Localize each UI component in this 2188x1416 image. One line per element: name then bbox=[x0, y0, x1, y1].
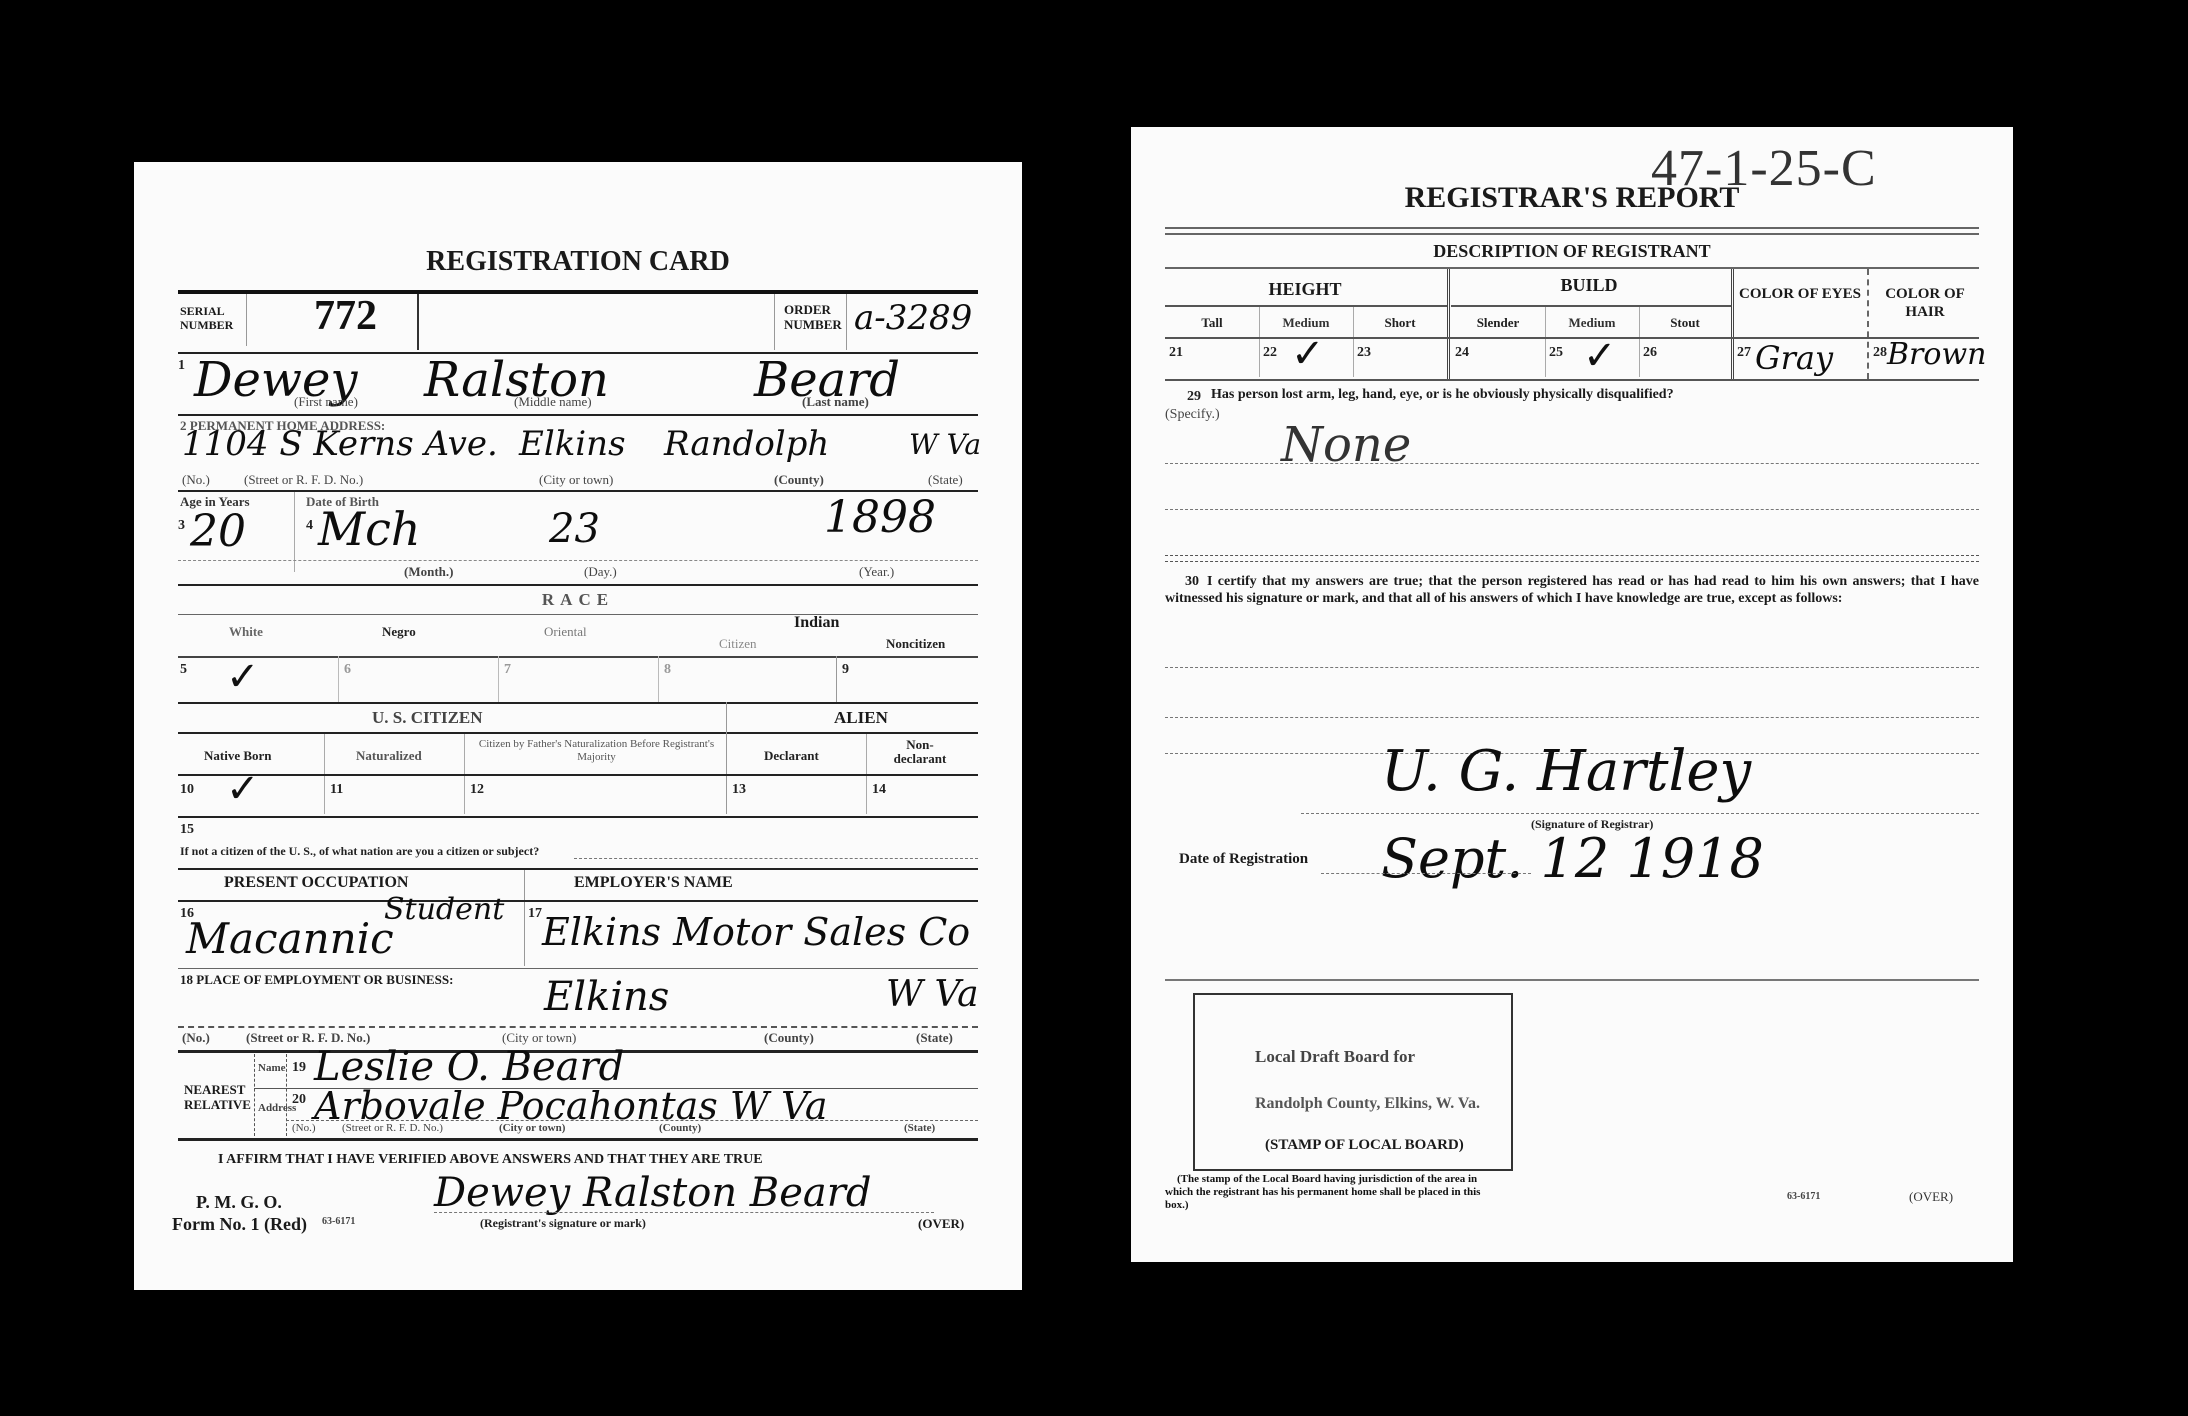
alien-col-declarant: Declarant bbox=[764, 748, 819, 764]
divider bbox=[254, 1054, 255, 1136]
dotted-line bbox=[1165, 667, 1979, 668]
occupation-value: Macannic bbox=[186, 914, 394, 963]
divider bbox=[498, 656, 499, 702]
eyes-title: COLOR OF EYES bbox=[1735, 285, 1865, 303]
rule bbox=[1165, 379, 1979, 381]
race-col-negro: Negro bbox=[382, 624, 416, 640]
field-number: 27 bbox=[1737, 345, 1751, 361]
address-label-street: (Street or R. F. D. No.) bbox=[244, 472, 363, 488]
divider bbox=[338, 656, 339, 702]
dotted-line bbox=[286, 1120, 978, 1121]
dotted-line bbox=[178, 1026, 978, 1028]
address-label-no: (No.) bbox=[182, 472, 210, 488]
citizen-col-naturalized: Naturalized bbox=[356, 748, 422, 764]
field-number: 22 bbox=[1263, 345, 1277, 361]
serial-number: 772 bbox=[314, 292, 377, 340]
race-col-white: White bbox=[229, 624, 263, 640]
address-city: Elkins bbox=[519, 424, 626, 464]
stamp-label: (STAMP OF LOCAL BOARD) bbox=[1265, 1137, 1464, 1154]
relative-label-no: (No.) bbox=[292, 1122, 316, 1134]
age-value: 20 bbox=[190, 506, 246, 557]
race-col-oriental: Oriental bbox=[544, 624, 587, 640]
dotted-line bbox=[178, 560, 978, 561]
birth-month-label: (Month.) bbox=[404, 564, 453, 580]
race-white-check: ✓ bbox=[226, 654, 260, 700]
divider bbox=[726, 702, 727, 814]
last-name-label: (Last name) bbox=[802, 394, 869, 410]
height-col-medium: Medium bbox=[1259, 315, 1353, 331]
registrant-signature: Dewey Ralston Beard bbox=[434, 1170, 871, 1216]
over-label: (OVER) bbox=[1909, 1189, 1953, 1205]
first-name-label: (First name) bbox=[294, 394, 358, 410]
divider bbox=[1731, 269, 1734, 379]
field-number: 19 bbox=[292, 1060, 306, 1076]
birth-day-label: (Day.) bbox=[584, 564, 617, 580]
field-number: 25 bbox=[1549, 345, 1563, 361]
rule bbox=[178, 968, 978, 969]
question-30-body: I certify that my answers are true; that… bbox=[1165, 574, 1979, 606]
field-number: 6 bbox=[344, 662, 351, 678]
field-number: 13 bbox=[732, 782, 746, 798]
race-title: RACE bbox=[134, 590, 1022, 610]
rule bbox=[178, 614, 978, 615]
divider bbox=[417, 294, 419, 350]
form-code: 63-6171 bbox=[1787, 1191, 1820, 1202]
race-col-noncitizen: Noncitizen bbox=[886, 636, 945, 652]
registrar-signature: U. G. Hartley bbox=[1381, 739, 1751, 804]
divider bbox=[774, 294, 775, 350]
relative-name-label: Name bbox=[258, 1062, 286, 1074]
rule bbox=[178, 702, 978, 704]
question-29-text: Has person lost arm, leg, hand, eye, or … bbox=[1211, 387, 1674, 403]
employer-header: EMPLOYER'S NAME bbox=[574, 874, 733, 892]
field-number: 8 bbox=[664, 662, 671, 678]
rule bbox=[178, 774, 978, 776]
relative-label-county: (County) bbox=[659, 1122, 701, 1134]
order-label: ORDER NUMBER bbox=[784, 302, 842, 332]
rule bbox=[178, 584, 978, 586]
build-title: BUILD bbox=[1449, 275, 1729, 296]
field-number: 23 bbox=[1357, 345, 1371, 361]
field-number: 30 bbox=[1165, 574, 1207, 589]
rule bbox=[178, 656, 978, 658]
date-of-registration-value: Sept. 12 1918 bbox=[1381, 827, 1764, 890]
dotted-line bbox=[1165, 717, 1979, 718]
divider bbox=[846, 294, 847, 350]
place-employment-city: Elkins bbox=[544, 974, 669, 1020]
rule bbox=[1165, 305, 1447, 307]
divider bbox=[1867, 269, 1869, 379]
hair-title: COLOR OF HAIR bbox=[1871, 285, 1979, 321]
height-col-tall: Tall bbox=[1165, 315, 1259, 331]
field-number: 24 bbox=[1455, 345, 1469, 361]
address-street: 1104 S Kerns Ave. bbox=[182, 424, 498, 464]
field-number: 20 bbox=[292, 1092, 306, 1108]
rule bbox=[1165, 267, 1979, 269]
dotted-line bbox=[1165, 555, 1979, 556]
dotted-line bbox=[1165, 463, 1979, 464]
rule bbox=[178, 732, 978, 734]
dotted-line bbox=[574, 858, 978, 859]
rule bbox=[178, 816, 978, 818]
place-label-county: (County) bbox=[764, 1030, 814, 1046]
stamp-line-1: Local Draft Board for bbox=[1255, 1047, 1415, 1067]
report-title: REGISTRAR'S REPORT bbox=[1131, 181, 2013, 215]
hair-color: Brown bbox=[1887, 337, 1986, 372]
alien-title: ALIEN bbox=[834, 708, 888, 728]
field-number: 10 bbox=[180, 782, 194, 798]
rule bbox=[1451, 305, 1731, 307]
rule bbox=[1165, 227, 1979, 229]
date-of-registration-label: Date of Registration bbox=[1179, 851, 1308, 868]
card-title: REGISTRATION CARD bbox=[134, 246, 1022, 278]
top-rule bbox=[178, 290, 978, 294]
place-label-state: (State) bbox=[916, 1030, 953, 1046]
divider bbox=[658, 656, 659, 702]
eye-color: Gray bbox=[1755, 339, 1833, 377]
height-medium-check: ✓ bbox=[1291, 331, 1325, 377]
build-col-slender: Slender bbox=[1451, 315, 1545, 331]
registrars-report: 47-1-25-C REGISTRAR'S REPORT DESCRIPTION… bbox=[1131, 127, 2013, 1262]
dotted-line bbox=[1165, 561, 1979, 562]
registration-card: REGISTRATION CARD SERIAL NUMBER 772 ORDE… bbox=[134, 162, 1022, 1290]
rule bbox=[1165, 233, 1979, 235]
dotted-line bbox=[1321, 873, 1531, 874]
field-number: 14 bbox=[872, 782, 886, 798]
place-label-no: (No.) bbox=[182, 1030, 210, 1046]
stamp-line-2: Randolph County, Elkins, W. Va. bbox=[1255, 1095, 1480, 1113]
field-number: 4 bbox=[306, 518, 313, 534]
dotted-line bbox=[1301, 813, 1979, 814]
divider bbox=[246, 294, 247, 346]
form-code: 63-6171 bbox=[322, 1216, 355, 1227]
divider bbox=[1447, 269, 1450, 379]
divider bbox=[524, 870, 525, 966]
field-number: 3 bbox=[178, 518, 185, 534]
divider bbox=[286, 1054, 287, 1136]
rule bbox=[1165, 979, 1979, 981]
build-col-medium: Medium bbox=[1545, 315, 1639, 331]
build-col-stout: Stout bbox=[1639, 315, 1731, 331]
middle-name-label: (Middle name) bbox=[514, 394, 592, 410]
serial-label: SERIAL NUMBER bbox=[180, 304, 242, 332]
native-born-check: ✓ bbox=[226, 766, 260, 812]
address-label-state: (State) bbox=[928, 472, 963, 488]
birth-month: Mch bbox=[318, 502, 421, 556]
address-label-city: (City or town) bbox=[539, 472, 613, 488]
stamp-caption: (The stamp of the Local Board having jur… bbox=[1165, 1173, 1505, 1212]
field-number: 26 bbox=[1643, 345, 1657, 361]
field-number: 15 bbox=[180, 822, 194, 838]
address-label-county: (County) bbox=[774, 472, 824, 488]
nearest-relative-label: NEAREST RELATIVE bbox=[184, 1082, 250, 1112]
order-number: a-3289 bbox=[854, 298, 972, 338]
us-citizen-title: U. S. CITIZEN bbox=[372, 708, 483, 728]
address-state: W Va bbox=[909, 428, 981, 461]
place-employment-state: W Va bbox=[886, 974, 979, 1015]
employer-value: Elkins Motor Sales Co bbox=[542, 910, 970, 954]
field-number: 9 bbox=[842, 662, 849, 678]
field-number: 17 bbox=[528, 906, 542, 922]
race-col-citizen: Citizen bbox=[719, 636, 757, 652]
citizen-col-native: Native Born bbox=[204, 748, 272, 764]
question-30-text: 30I certify that my answers are true; th… bbox=[1165, 573, 1979, 607]
place-employment-label: 18 PLACE OF EMPLOYMENT OR BUSINESS: bbox=[180, 972, 453, 988]
over-label: (OVER) bbox=[918, 1216, 964, 1232]
race-group-indian: Indian bbox=[794, 614, 839, 632]
description-title: DESCRIPTION OF REGISTRANT bbox=[1131, 241, 2013, 262]
birth-day: 23 bbox=[549, 506, 600, 552]
relative-address-label: Address bbox=[258, 1102, 296, 1114]
form-line-2: Form No. 1 (Red) bbox=[172, 1214, 307, 1235]
question-29-specify: (Specify.) bbox=[1165, 407, 1220, 423]
question-29-answer: None bbox=[1281, 417, 1411, 473]
dotted-line bbox=[434, 1212, 934, 1213]
rule bbox=[178, 868, 978, 870]
field-number: 28 bbox=[1873, 345, 1887, 361]
field-number: 12 bbox=[470, 782, 484, 798]
birth-year: 1898 bbox=[824, 492, 936, 543]
field-number: 1 bbox=[178, 358, 185, 374]
rule bbox=[1165, 337, 1979, 339]
height-title: HEIGHT bbox=[1165, 279, 1445, 300]
rule bbox=[178, 1138, 978, 1141]
build-medium-check: ✓ bbox=[1583, 333, 1617, 379]
nation-question: If not a citizen of the U. S., of what n… bbox=[180, 844, 539, 859]
rule bbox=[178, 900, 978, 902]
alien-col-nondeclarant: Non-declarant bbox=[880, 738, 960, 766]
field-number: 5 bbox=[180, 662, 187, 678]
relative-label-state: (State) bbox=[904, 1122, 935, 1134]
affirmation-text: I AFFIRM THAT I HAVE VERIFIED ABOVE ANSW… bbox=[218, 1152, 763, 1168]
address-county: Randolph bbox=[664, 424, 829, 464]
occupation-header: PRESENT OCCUPATION bbox=[224, 874, 408, 892]
local-board-stamp-box: Local Draft Board for Randolph County, E… bbox=[1193, 993, 1513, 1171]
dotted-line bbox=[1165, 509, 1979, 510]
birth-year-label: (Year.) bbox=[859, 564, 894, 580]
height-col-short: Short bbox=[1353, 315, 1447, 331]
field-number: 29 bbox=[1187, 389, 1201, 405]
field-number: 7 bbox=[504, 662, 511, 678]
citizen-col-father: Citizen by Father's Naturalization Befor… bbox=[474, 738, 719, 764]
divider bbox=[836, 656, 837, 702]
occupation-value-above: Student bbox=[384, 892, 504, 927]
registrant-signature-label: (Registrant's signature or mark) bbox=[480, 1216, 646, 1231]
field-number: 21 bbox=[1169, 345, 1183, 361]
rule bbox=[178, 414, 978, 416]
form-line-1: P. M. G. O. bbox=[196, 1192, 282, 1213]
relative-label-city: (City or town) bbox=[499, 1122, 565, 1134]
relative-label-street: (Street or R. F. D. No.) bbox=[342, 1122, 443, 1134]
field-number: 11 bbox=[330, 782, 343, 798]
